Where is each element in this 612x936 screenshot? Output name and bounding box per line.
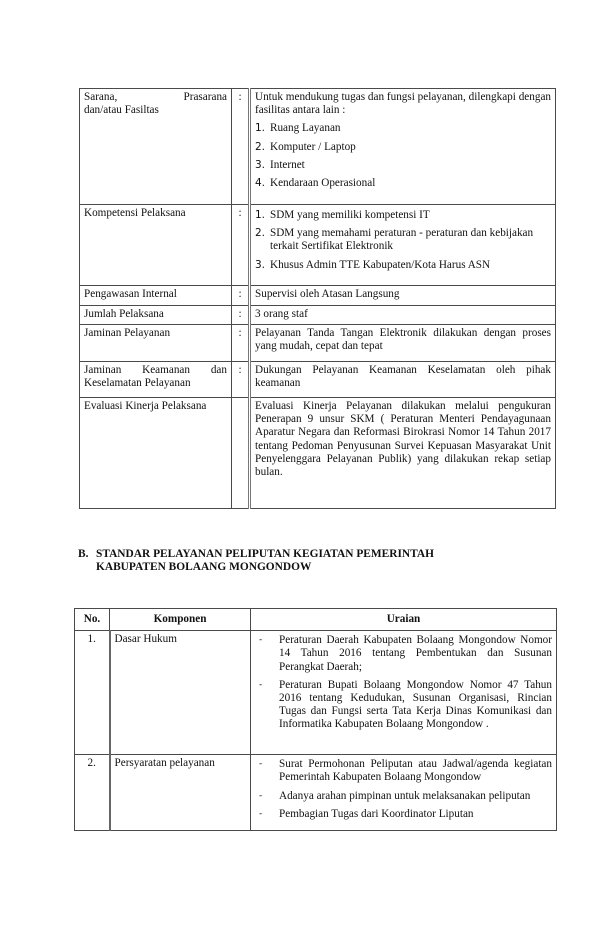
row-komponen: Persyaratan pelayanan (110, 755, 251, 831)
row-value: 3 orang staf (250, 306, 556, 325)
header-komponen: Komponen (110, 609, 251, 631)
requirements-list: -Surat Permohonan Peliputan atau Jadwal/… (255, 758, 552, 821)
row-label: Jumlah Pelaksana (80, 306, 232, 325)
list-item: 1.Ruang Layanan (255, 122, 551, 135)
separator-empty (232, 398, 250, 509)
row-label: Pengawasan Internal (80, 286, 232, 306)
row-label: Kompetensi Pelaksana (80, 205, 232, 286)
row-number: 1. (75, 631, 110, 755)
section-title-line2: KABUPATEN BOLAANG MONGONDOW (78, 561, 498, 574)
row-value: 1.SDM yang memiliki kompetensi IT 2.SDM … (250, 205, 556, 286)
label-part: Prasarana (184, 91, 227, 104)
list-item: -Peraturan Bupati Bolaang Mongondow Nomo… (255, 679, 552, 732)
list-item: -Pembagian Tugas dari Koordinator Liputa… (255, 808, 552, 821)
row-value: Untuk mendukung tugas dan fungsi pelayan… (250, 89, 556, 205)
separator: : (232, 286, 250, 306)
row-label: Jaminan Pelayanan (80, 325, 232, 362)
intro-text: Untuk mendukung tugas dan fungsi pelayan… (255, 91, 551, 117)
separator: : (232, 205, 250, 286)
label-part: Sarana, (84, 91, 117, 104)
coverage-service-table: No. Komponen Uraian 1. Dasar Hukum -Pera… (74, 608, 556, 831)
list-item: 4.Kendaraan Operasional (255, 177, 551, 190)
legal-basis-list: -Peraturan Daerah Kabupaten Bolaang Mong… (255, 634, 552, 731)
table-row: Sarana, Prasarana dan/atau Fasiltas : Un… (80, 89, 556, 205)
table-row: 1. Dasar Hukum -Peraturan Daerah Kabupat… (75, 631, 557, 755)
table-row: Jaminan Keamanan dan Keselamatan Pelayan… (80, 362, 556, 398)
section-b-heading: B.STANDAR PELAYANAN PELIPUTAN KEGIATAN P… (78, 548, 498, 575)
list-item: 3.Internet (255, 159, 551, 172)
list-item: -Surat Permohonan Peliputan atau Jadwal/… (255, 758, 552, 784)
section-title-line1: STANDAR PELAYANAN PELIPUTAN KEGIATAN PEM… (96, 548, 434, 560)
row-uraian: -Peraturan Daerah Kabupaten Bolaang Mong… (251, 631, 557, 755)
row-value: Pelayanan Tanda Tangan Elektronik dilaku… (250, 325, 556, 362)
list-item: 2.Komputer / Laptop (255, 141, 551, 154)
list-item: -Peraturan Daerah Kabupaten Bolaang Mong… (255, 634, 552, 674)
table-row: Pengawasan Internal : Supervisi oleh Ata… (80, 286, 556, 306)
table-2: No. Komponen Uraian 1. Dasar Hukum -Pera… (74, 608, 557, 831)
table-row: Jumlah Pelaksana : 3 orang staf (80, 306, 556, 325)
table-header-row: No. Komponen Uraian (75, 609, 557, 631)
table-row: Kompetensi Pelaksana : 1.SDM yang memili… (80, 205, 556, 286)
facility-list: 1.Ruang Layanan 2.Komputer / Laptop 3.In… (255, 122, 551, 190)
separator: : (232, 89, 250, 205)
row-number: 2. (75, 755, 110, 831)
row-label: Sarana, Prasarana dan/atau Fasiltas (80, 89, 232, 205)
list-item: 2.SDM yang memahami peraturan - peratura… (255, 227, 551, 253)
label-part: dan/atau Fasiltas (84, 104, 227, 117)
row-komponen: Dasar Hukum (110, 631, 251, 755)
list-item: -Adanya arahan pimpinan untuk melaksanak… (255, 790, 552, 803)
header-uraian: Uraian (251, 609, 557, 631)
row-value: Dukungan Pelayanan Keamanan Keselamatan … (250, 362, 556, 398)
table-row: Evaluasi Kinerja Pelaksana Evaluasi Kine… (80, 398, 556, 509)
table-1: Sarana, Prasarana dan/atau Fasiltas : Un… (79, 88, 556, 509)
section-letter: B. (78, 548, 96, 561)
service-standard-table-continued: Sarana, Prasarana dan/atau Fasiltas : Un… (79, 88, 555, 509)
row-value: Supervisi oleh Atasan Langsung (250, 286, 556, 306)
header-no: No. (75, 609, 110, 631)
table-row: 2. Persyaratan pelayanan -Surat Permohon… (75, 755, 557, 831)
table-row: Jaminan Pelayanan : Pelayanan Tanda Tang… (80, 325, 556, 362)
competency-list: 1.SDM yang memiliki kompetensi IT 2.SDM … (255, 209, 551, 272)
separator: : (232, 306, 250, 325)
separator: : (232, 362, 250, 398)
row-label: Jaminan Keamanan dan Keselamatan Pelayan… (80, 362, 232, 398)
row-uraian: -Surat Permohonan Peliputan atau Jadwal/… (251, 755, 557, 831)
row-value: Evaluasi Kinerja Pelayanan dilakukan mel… (250, 398, 556, 509)
list-item: 1.SDM yang memiliki kompetensi IT (255, 209, 551, 222)
list-item: 3.Khusus Admin TTE Kabupaten/Kota Harus … (255, 259, 551, 272)
row-label: Evaluasi Kinerja Pelaksana (80, 398, 232, 509)
separator: : (232, 325, 250, 362)
